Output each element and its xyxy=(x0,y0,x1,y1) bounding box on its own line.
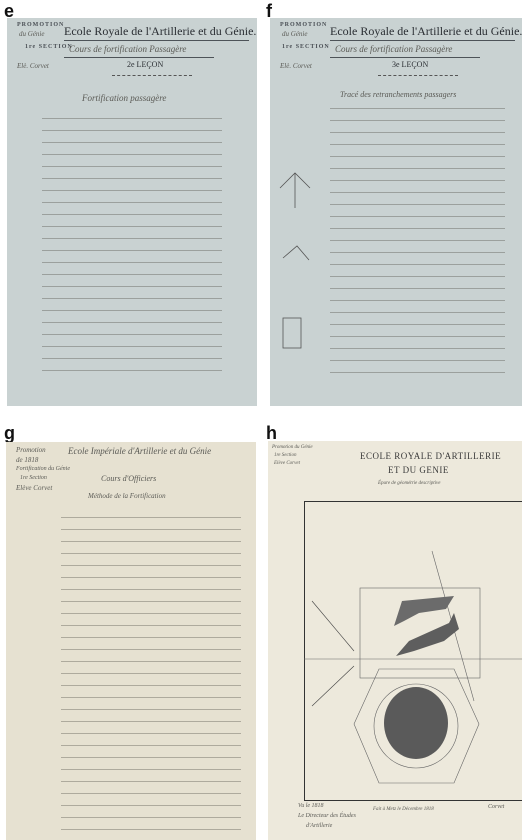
margin-note: Promotion du Génie xyxy=(272,445,313,450)
school-title: Ecole Impériale d'Artillerie et du Génie xyxy=(68,446,211,456)
header-rule xyxy=(64,57,214,58)
margin-note: 1re Section xyxy=(274,453,296,458)
footer-left-note: Vu le 1818 xyxy=(298,803,324,809)
header-rule xyxy=(64,40,249,41)
handwritten-text xyxy=(42,118,222,382)
descriptive-geometry-drawing-icon xyxy=(304,501,522,801)
school-title: Ecole Royale de l'Artillerie et du Génie… xyxy=(64,24,256,39)
subtitle: Méthode de la Fortification xyxy=(88,492,166,500)
promotion-label: PROMOTION xyxy=(17,22,64,28)
lesson-label: 2e LEÇON xyxy=(127,60,163,69)
promotion-label: PROMOTION xyxy=(280,22,327,28)
margin-note: Promotion xyxy=(16,446,46,454)
handwritten-text xyxy=(330,108,505,384)
header-rule xyxy=(330,40,515,41)
promotion-handwritten: du Génie xyxy=(19,30,44,38)
course-title: Cours de fortification Passagère xyxy=(69,44,186,54)
course-title: Cours de fortification Passagère xyxy=(335,44,452,54)
eleve-label: Elè. Corvet xyxy=(280,62,312,70)
margin-note: 1re Section xyxy=(20,475,47,481)
school-title-line1: ECOLE ROYALE D'ARTILLERIE xyxy=(360,451,501,461)
margin-note: Elève Corvet xyxy=(16,484,52,492)
panel-label-g: g xyxy=(4,424,15,442)
eleve-label: Elè. Corvet xyxy=(17,62,49,70)
body-title: Tracé des retranchements passagers xyxy=(340,90,456,99)
panel-label-h: h xyxy=(266,424,277,442)
footer-signature: Corvet xyxy=(488,804,504,810)
section-label: 1re SECTION xyxy=(282,44,330,50)
footer-left-note: Le Directeur des Études xyxy=(298,813,356,819)
school-title-line2: ET DU GENIE xyxy=(388,465,449,475)
drawing-sheet-h: Promotion du Génie 1re Section Elève Cor… xyxy=(268,441,522,840)
margin-note: Fortification du Génie xyxy=(16,466,70,472)
lesson-label: 3e LEÇON xyxy=(392,60,428,69)
manuscript-page-e: PROMOTION du Génie 1re SECTION Elè. Corv… xyxy=(7,18,257,406)
body-title: Fortification passagère xyxy=(82,93,166,103)
ornament xyxy=(378,73,458,76)
promotion-handwritten: du Génie xyxy=(282,30,307,38)
margin-note: Elève Corvet xyxy=(274,461,300,466)
manuscript-page-f: PROMOTION du Génie 1re SECTION Elè. Corv… xyxy=(270,18,522,406)
subtitle: Épure de géométrie descriptive xyxy=(378,481,440,486)
margin-sketch-icon xyxy=(275,168,315,368)
footer-left-note: d'Artillerie xyxy=(306,823,332,829)
header-rule xyxy=(330,57,480,58)
school-title: Ecole Royale de l'Artillerie et du Génie… xyxy=(330,24,522,39)
course-title: Cours d'Officiers xyxy=(101,474,156,483)
footer-center-note: Fait à Metz le Décembre 1818 xyxy=(373,807,434,812)
margin-note: de 1818 xyxy=(16,456,38,464)
handwritten-text xyxy=(61,517,241,840)
ornament xyxy=(112,73,192,76)
section-label: 1re SECTION xyxy=(25,44,73,50)
manuscript-page-g: Promotion de 1818 Fortification du Génie… xyxy=(6,442,256,840)
